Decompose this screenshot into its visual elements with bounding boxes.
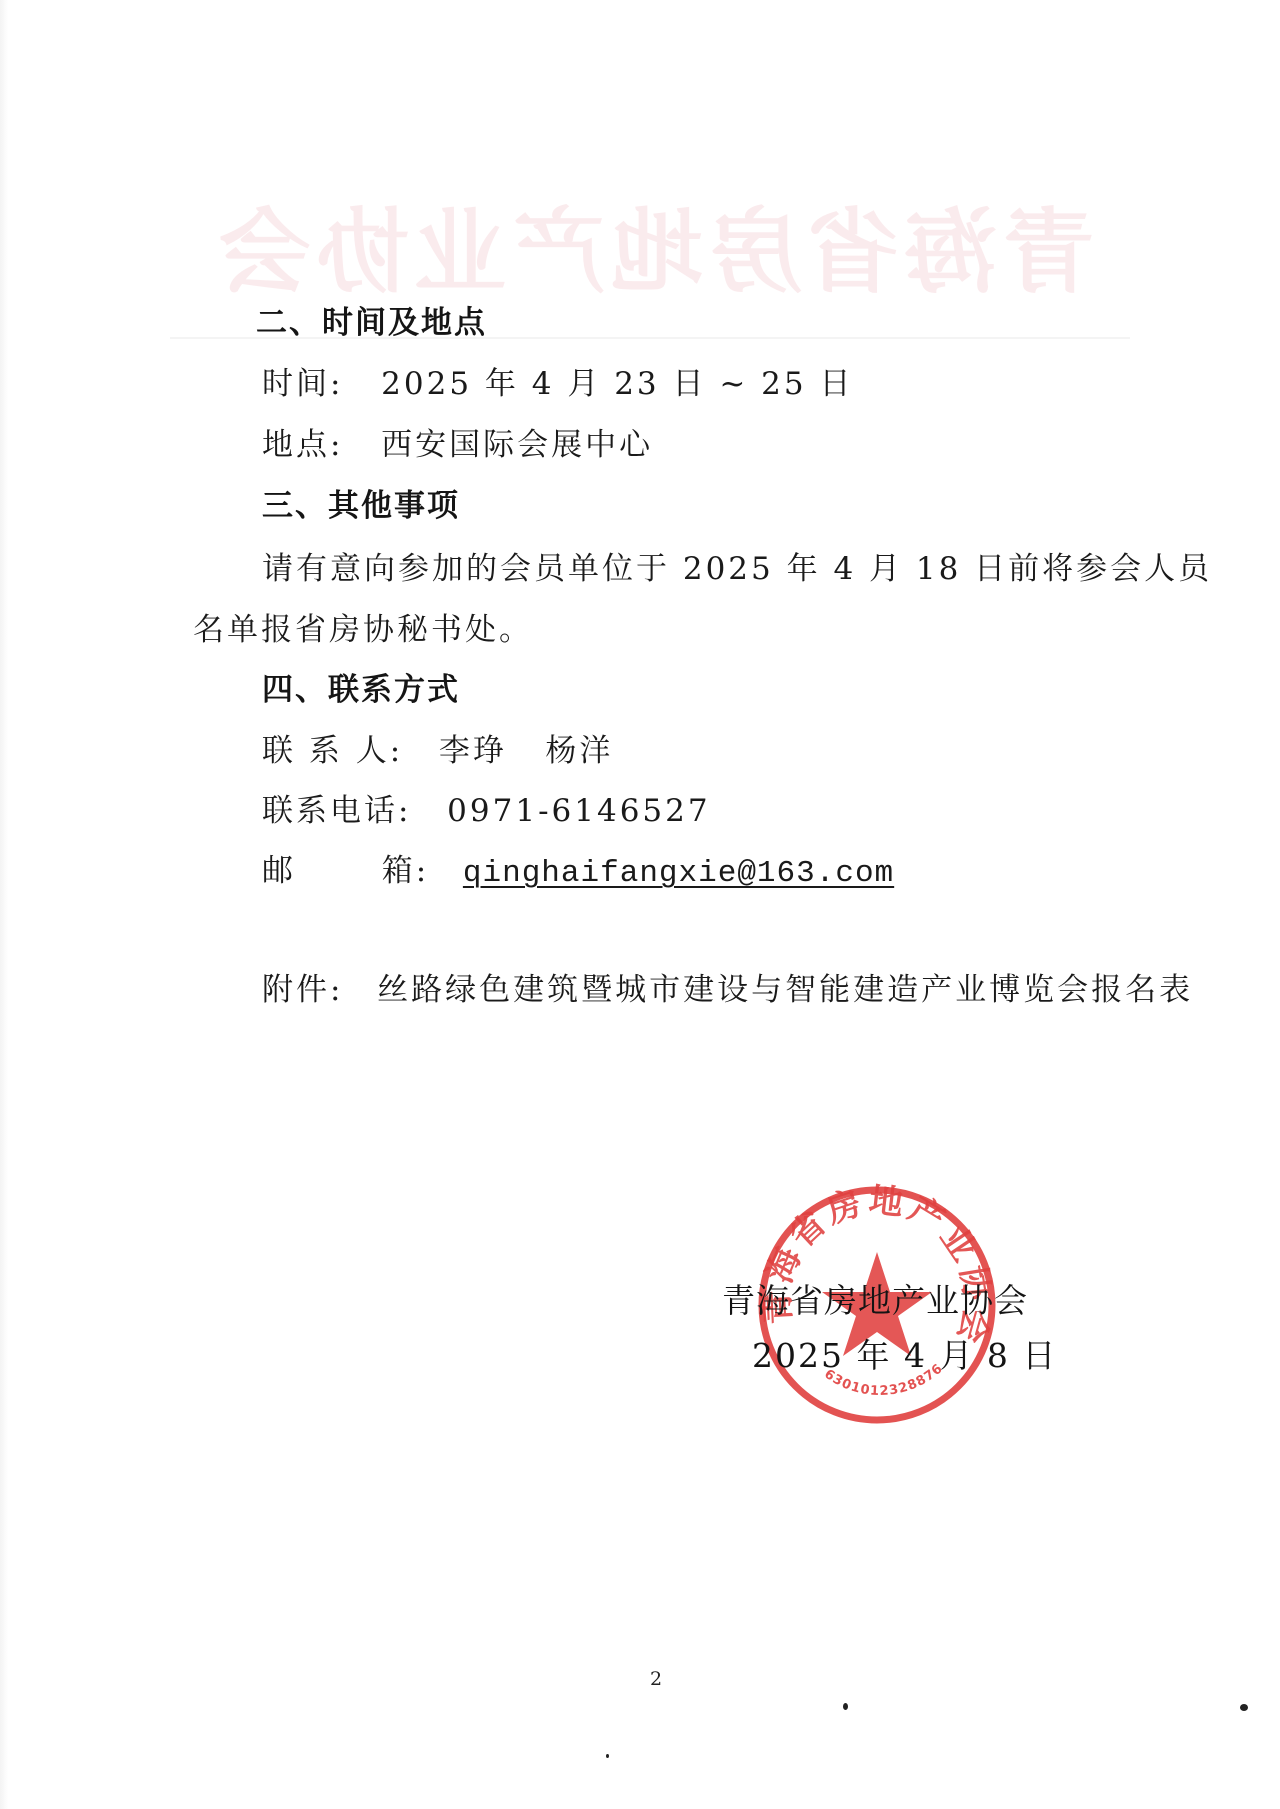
attachment-value: 丝路绿色建筑暨城市建设与智能建造产业博览会报名表 [377, 972, 1193, 1008]
signature-organization: 青海省房地产业协会 [722, 1275, 1028, 1322]
other-paragraph-line-1: 请有意向参加的会员单位于 2025 年 4 月 18 日前将参会人员 [262, 549, 1212, 589]
attachment-label: 附件: [262, 972, 343, 1008]
ghost-masthead-text: 青海省房地产业协会 [213, 179, 1095, 311]
contact-person-row: 联 系 人: 李琤 杨洋 [262, 731, 613, 771]
contact-email-link[interactable]: qinghaifangxie@163.com [463, 856, 894, 891]
time-row: 时间: 2025 年 4 月 23 日 ~ 25 日 [262, 364, 854, 404]
contact-phone-row: 联系电话: 0971-6146527 [262, 791, 711, 831]
contact-phone-value: 0971-6146527 [447, 793, 710, 829]
place-value: 西安国际会展中心 [381, 427, 653, 463]
contact-email-label-part1: 邮 [262, 853, 296, 889]
scan-speck [606, 1754, 609, 1758]
scan-speck [843, 1703, 848, 1710]
scan-speck [1240, 1704, 1248, 1711]
document-page: 青海省房地产业协会 二、时间及地点 时间: 2025 年 4 月 23 日 ~ … [0, 0, 1280, 1809]
scan-edge-shadow [0, 0, 8, 1809]
ghost-masthead-bleedthrough: 青海省房地产业协会 [175, 190, 1095, 300]
section-heading-other: 三、其他事项 [262, 486, 460, 526]
other-paragraph-line-2: 名单报省房协秘书处。 [193, 610, 533, 650]
section-heading-time-place: 二、时间及地点 [256, 303, 487, 343]
time-label: 时间: [262, 366, 343, 402]
signature-date: 2025 年 4 月 8 日 [752, 1330, 1057, 1377]
contact-person-value: 李琤 杨洋 [439, 733, 614, 769]
contact-phone-label: 联系电话: [262, 793, 411, 829]
attachment-row: 附件: 丝路绿色建筑暨城市建设与智能建造产业博览会报名表 [262, 970, 1193, 1010]
time-value: 2025 年 4 月 23 日 ~ 25 日 [381, 366, 853, 402]
contact-person-label: 联 系 人: [262, 733, 403, 769]
contact-email-label-part2: 箱: [382, 853, 429, 889]
contact-email-row: 邮 箱: qinghaifangxie@163.com [262, 851, 894, 894]
place-label: 地点: [262, 427, 343, 463]
section-heading-contact: 四、联系方式 [262, 670, 460, 710]
page-number: 2 [650, 1668, 662, 1690]
place-row: 地点: 西安国际会展中心 [262, 425, 653, 465]
